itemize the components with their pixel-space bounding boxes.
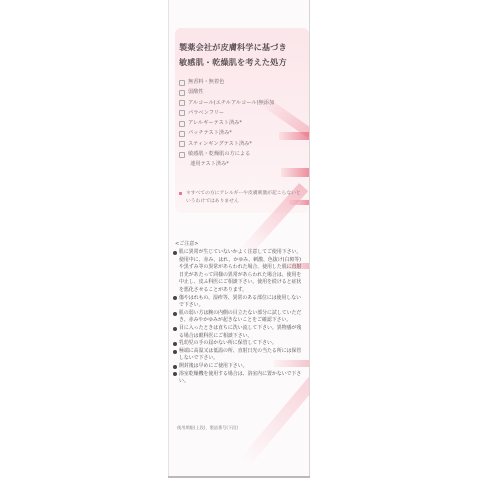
caution-item: 浴室乾燥機を使用する場合は、浴室内に置かないで下さい。 [173, 371, 303, 386]
feature-list: 無香料・無着色 弱酸性 アルコール(エチルアルコール)無添加 パラベンフリー ア… [179, 77, 307, 170]
bullet-icon [173, 312, 177, 316]
bullet-icon [173, 342, 177, 346]
bullet-icon [173, 327, 177, 331]
feature-item: パッチテスト済み* [179, 128, 307, 138]
bullet-icon [173, 251, 177, 255]
box-bottom-edge [168, 476, 310, 478]
caution-title: <ご注意> [175, 240, 198, 247]
heading-line-2: 敏感肌・乾燥肌を考えた処方 [179, 55, 307, 70]
heading-line-1: 製薬会社が皮膚科学に基づき [179, 40, 307, 55]
product-heading: 製薬会社が皮膚科学に基づき 敏感肌・乾燥肌を考えた処方 [179, 40, 307, 70]
caution-list: 肌に異常が生じていないかよく注意してご使用下さい。使用中に、赤み、はれ、かゆみ、… [173, 249, 303, 386]
bullet-icon [173, 296, 177, 300]
feature-item: アレルギーテスト済み* [179, 118, 307, 128]
checkbox-icon [179, 141, 185, 147]
bullet-icon [173, 350, 177, 354]
feature-item: 弱酸性 [179, 87, 307, 97]
feature-item: 無香料・無着色 [179, 77, 307, 87]
checkbox-icon [179, 100, 185, 106]
feature-item: 敏感肌・乾燥肌の方による [179, 149, 307, 159]
caution-item: 開封後は早めにご使用下さい。 [173, 363, 303, 371]
caution-item: 乳幼児の手の届かない所に保管して下さい。 [173, 340, 303, 348]
product-box-side: 製薬会社が皮膚科学に基づき 敏感肌・乾燥肌を考えた処方 無香料・無着色 弱酸性 … [168, 0, 310, 478]
checkbox-icon [179, 80, 185, 86]
bullet-icon [179, 192, 182, 195]
feature-item-continued: 連用テスト済み* [179, 159, 307, 169]
checkbox-icon [179, 110, 185, 116]
caution-item: 肌の弱い方は腕の内側の目立たない部分に試していただき、赤みやかゆみが起きないこと… [173, 310, 303, 325]
caution-item: 目に入ったときは直ちに洗い流して下さい。異物感が残る場合は眼科医にご相談下さい。 [173, 325, 303, 340]
checkbox-icon [179, 152, 185, 158]
bullet-icon [173, 372, 177, 376]
checkbox-icon [179, 90, 185, 96]
caution-item: 傷やはれもの、湿疹等、異常のある部位には使用しないで下さい。 [173, 295, 303, 310]
caution-item: 極端に高温又は低温の所、直射日光の当たる所には保管しないで下さい。 [173, 348, 303, 363]
allergy-note: ＊すべての方にアレルギーや皮膚刺激が起こらないというわけではありません [179, 190, 303, 205]
feature-item: スティンギングテスト済み* [179, 139, 307, 149]
bullet-icon [173, 365, 177, 369]
decorative-ribbon [239, 376, 310, 468]
checkbox-icon [179, 121, 185, 127]
feature-item: パラベンフリー [179, 108, 307, 118]
feature-item: アルコール(エチルアルコール)無添加 [179, 98, 307, 108]
expiry-note: 使用期限(上段)、製造番号(下段) [177, 425, 238, 431]
checkbox-icon [179, 131, 185, 137]
caution-item: 肌に異常が生じていないかよく注意してご使用下さい。使用中に、赤み、はれ、かゆみ、… [173, 249, 303, 295]
